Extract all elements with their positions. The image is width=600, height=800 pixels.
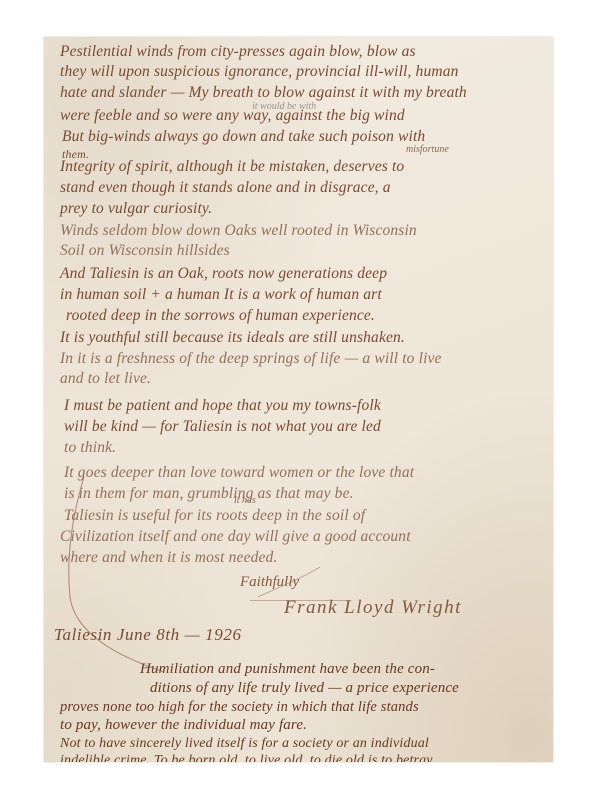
letter-line: But big-winds always go down and take su…	[62, 128, 425, 146]
letter-line: I must be patient and hope that you my t…	[64, 397, 381, 415]
letter-line: and to let live.	[60, 370, 151, 388]
letter-line: It is youthful still because its ideals …	[60, 329, 405, 347]
postscript-line: Not to have sincerely lived itself is fo…	[60, 735, 429, 753]
letter-line: prey to vulgar curiosity.	[60, 200, 212, 218]
letter-line: will be kind — for Taliesin is not what …	[64, 418, 381, 436]
postscript-line: indelible crime. To be born old, to live…	[60, 752, 433, 762]
ink-insertion: misfortune	[406, 144, 449, 155]
letter-line: Pestilential winds from city-presses aga…	[60, 43, 416, 61]
letter-line: It goes deeper than love toward women or…	[64, 464, 414, 482]
letter-line: were feeble and so were any way, against…	[60, 107, 405, 125]
letter-page: Pestilential winds from city-presses aga…	[44, 37, 553, 762]
letter-line: Integrity of spirit, although it be mist…	[60, 158, 404, 176]
letter-line: hate and slander — My breath to blow aga…	[60, 84, 467, 102]
letter-line: they will upon suspicious ignorance, pro…	[60, 63, 459, 81]
postscript-line: to pay, however the individual may fare.	[60, 716, 307, 734]
postscript-line: ditions of any life truly lived — a pric…	[150, 679, 459, 697]
letter-line: rooted deep in the sorrows of human expe…	[66, 307, 375, 325]
letter-line: Civilization itself and one day will giv…	[60, 528, 411, 546]
letter-line: Soil on Wisconsin hillsides	[60, 242, 230, 260]
letter-line: stand even though it stands alone and in…	[60, 179, 391, 197]
letter-line: Taliesin is useful for its roots deep in…	[64, 507, 365, 525]
letter-line: where and when it is most needed.	[60, 549, 277, 567]
letter-line: And Taliesin is an Oak, roots now genera…	[60, 265, 387, 283]
postscript-line: proves none too high for the society in …	[60, 698, 419, 716]
ink-insertion: it has	[234, 495, 256, 506]
dateline: Taliesin June 8th — 1926	[54, 625, 242, 645]
letter-line: In it is a freshness of the deep springs…	[60, 350, 442, 368]
letter-line: is in them for man, grumbling as that ma…	[64, 485, 354, 503]
postscript-line: Humiliation and punishment have been the…	[140, 660, 435, 678]
signature: Frank Lloyd Wright	[284, 597, 462, 619]
letter-line: in human soil + a human It is a work of …	[60, 286, 382, 304]
letter-line: Winds seldom blow down Oaks well rooted …	[60, 222, 417, 240]
letter-line: to think.	[64, 439, 116, 457]
closing: Faithfully	[240, 574, 299, 591]
